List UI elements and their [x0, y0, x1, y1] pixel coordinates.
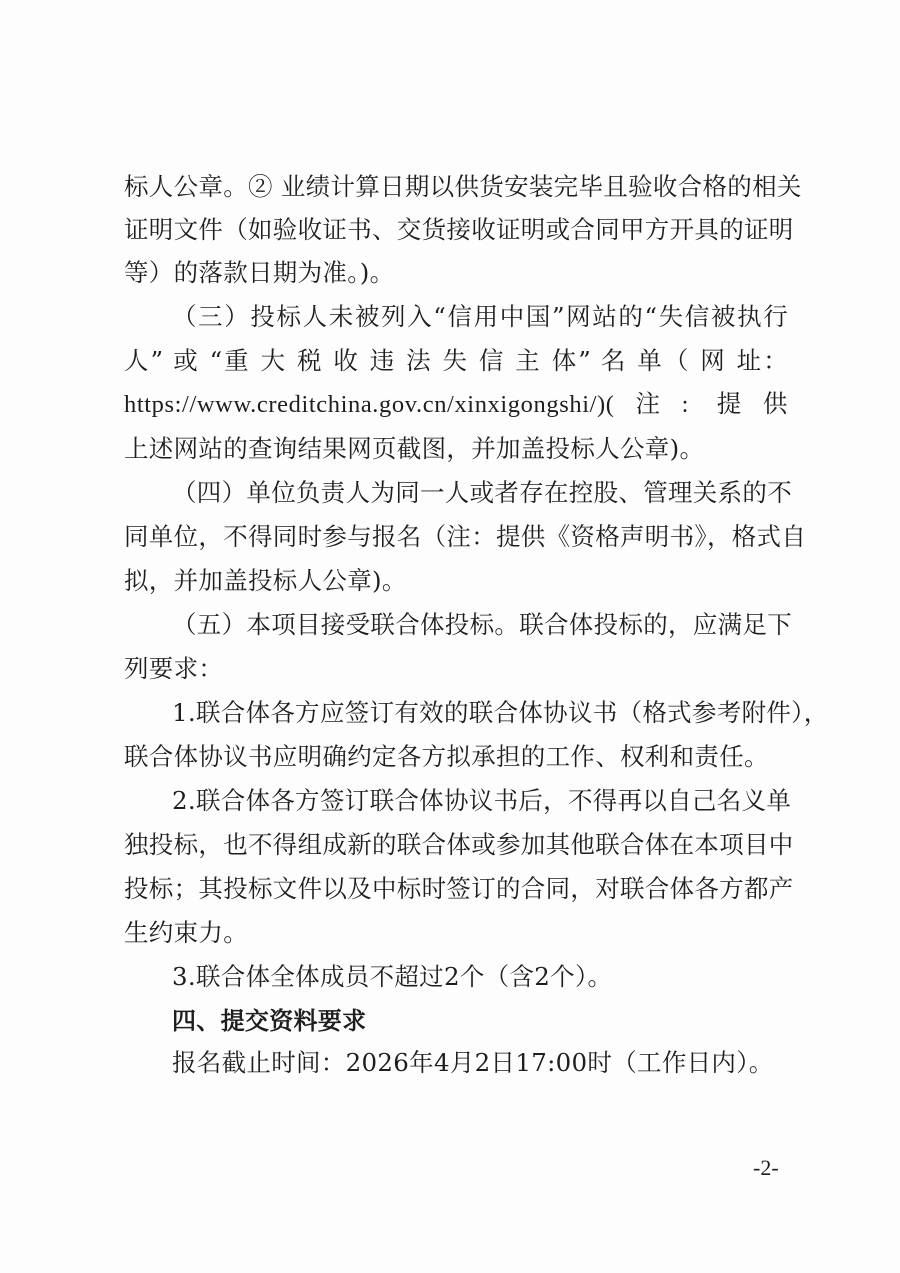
section-3-url-line: https://www.creditchina.gov.cn/xinxigong…: [124, 390, 788, 420]
consortium-item-1: 联合体协议书应明确约定各方拟承担的工作、权利和责任。: [124, 742, 788, 772]
section-3-line: 上述网站的查询结果网页截图，并加盖投标人公章)。: [124, 434, 788, 464]
consortium-item-2: 独投标，也不得组成新的联合体或参加其他联合体在本项目中: [124, 830, 788, 860]
paragraph-line: 等）的落款日期为准。)。: [124, 258, 788, 288]
paragraph-line: 证明文件（如验收证书、交货接收证明或合同甲方开具的证明: [124, 215, 788, 245]
paragraph-line: 标人公章。② 业绩计算日期以供货安装完毕且验收合格的相关: [124, 172, 788, 202]
section-4-line: 同单位，不得同时参与报名（注：提供《资格声明书》，格式自: [124, 522, 788, 552]
consortium-item-3: 3.联合体全体成员不超过2个（含2个）。: [172, 962, 788, 992]
consortium-item-2: 投标；其投标文件以及中标时签订的合同，对联合体各方都产: [124, 874, 788, 904]
section-heading: 四、提交资料要求: [172, 1006, 788, 1036]
document-page: 标人公章。② 业绩计算日期以供货安装完毕且验收合格的相关 证明文件（如验收证书、…: [0, 0, 900, 1273]
section-5-line: （五）本项目接受联合体投标。联合体投标的，应满足下: [172, 610, 788, 640]
consortium-item-2: 生约束力。: [124, 918, 788, 948]
section-4-line: （四）单位负责人为同一人或者存在控股、管理关系的不: [172, 478, 788, 508]
consortium-item-1: 1.联合体各方应签订有效的联合体协议书（格式参考附件），: [172, 698, 788, 728]
section-3-line: 人” 或 “重 大 税 收 违 法 失 信 主 体” 名 单（ 网 址：: [124, 346, 788, 376]
consortium-item-2: 2.联合体各方签订联合体协议书后，不得再以自己名义单: [172, 786, 788, 816]
section-4-line: 拟，并加盖投标人公章)。: [124, 566, 788, 596]
page-number: -2-: [753, 1153, 779, 1183]
section-3-line: （三）投标人未被列入“信用中国”网站的“失信被执行: [172, 302, 788, 332]
registration-deadline: 报名截止时间：2026年4月2日17:00时（工作日内）。: [172, 1048, 788, 1078]
section-5-line: 列要求：: [124, 654, 788, 684]
